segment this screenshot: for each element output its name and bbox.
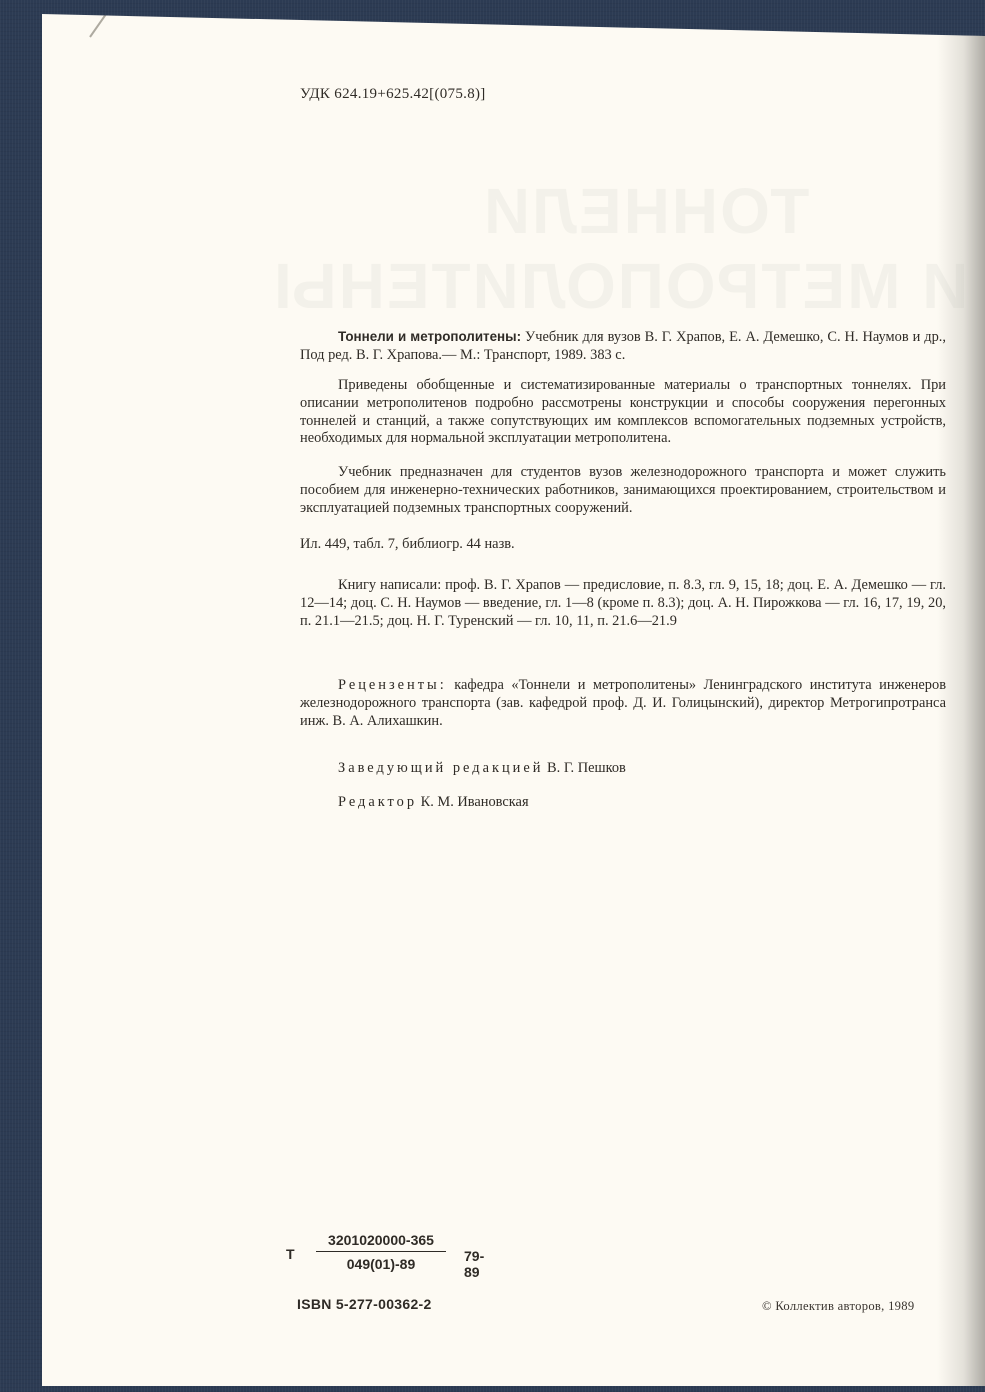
editorial-head-name: В. Г. Пешков — [543, 760, 625, 776]
purpose-text: Учебник предназначен для студентов вузов… — [300, 464, 946, 517]
book-title: Тоннели и метрополитены: — [338, 329, 521, 344]
editor: Редактор К. М. Ивановская — [338, 794, 529, 812]
isbn: ISBN 5-277-00362-2 — [297, 1296, 432, 1312]
bibliographic-entry: Тоннели и метрополитены: Учебник для вуз… — [300, 328, 946, 365]
reviewers-label: Рецензенты: — [338, 677, 447, 693]
catalog-code-numerator: 3201020000-365 — [316, 1232, 446, 1252]
editor-name: К. М. Ивановская — [417, 794, 529, 810]
editorial-head-label: Заведующий редакцией — [338, 760, 543, 776]
authors-note: Книгу написали: проф. В. Г. Храпов — пре… — [300, 577, 946, 630]
copyright-notice: © Коллектив авторов, 1989 — [762, 1299, 914, 1314]
editor-label: Редактор — [338, 794, 417, 810]
catalog-code-letter: Т — [286, 1246, 295, 1262]
editorial-head: Заведующий редакцией В. Г. Пешков — [338, 760, 626, 778]
illustrations-count: Ил. 449, табл. 7, библиогр. 44 назв. — [300, 536, 946, 554]
authors-text: Книгу написали: проф. В. Г. Храпов — пре… — [300, 577, 946, 630]
catalog-code-fraction: 3201020000-365 049(01)-89 — [316, 1232, 446, 1272]
purpose-paragraph: Учебник предназначен для студентов вузов… — [300, 464, 946, 517]
show-through-subtitle-ghost: И МЕТРОПОЛИТЕНЫ — [272, 249, 968, 323]
annotation-paragraph: Приведены обобщенные и систематизированн… — [300, 377, 946, 448]
annotation-text: Приведены обобщенные и систематизированн… — [300, 377, 946, 448]
page-fold-mark — [89, 12, 108, 38]
catalog-code-denominator: 049(01)-89 — [316, 1252, 446, 1272]
reviewers-note: Рецензенты: кафедра «Тоннели и метрополи… — [300, 677, 946, 730]
udk-code: УДК 624.19+625.42[(075.8)] — [300, 86, 486, 104]
show-through-title-ghost: ТОННЕЛИ — [482, 174, 809, 248]
catalog-code-series: 79-89 — [464, 1248, 484, 1280]
